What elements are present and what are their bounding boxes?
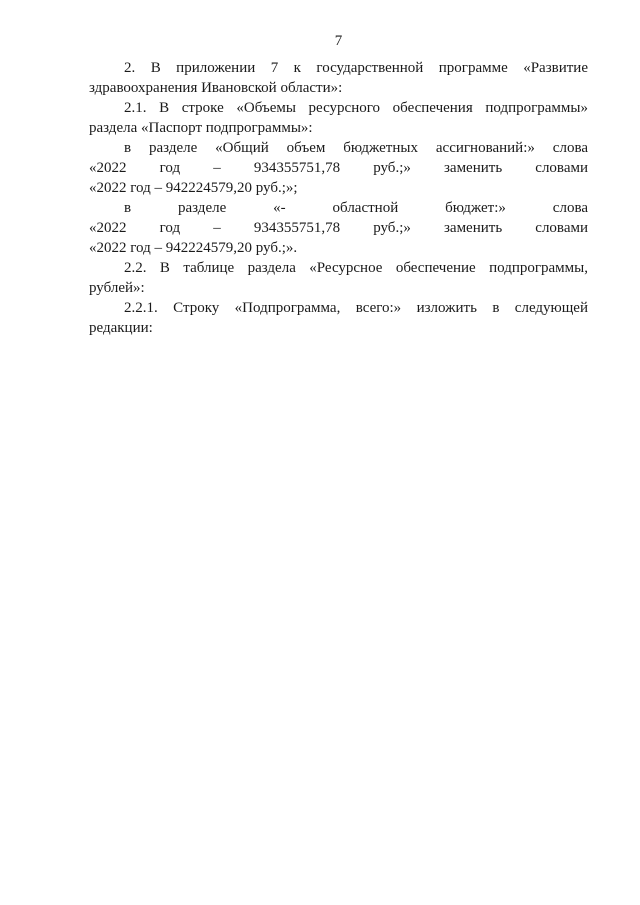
page-number: 7 (89, 31, 588, 51)
text-line: «2022 год – 934355751,78 руб.;» заменить… (89, 218, 588, 238)
text-line: 2.2. В таблице раздела «Ресурсное обеспе… (89, 258, 588, 278)
text-line: 2. В приложении 7 к государственной прог… (89, 58, 588, 78)
text-line: раздела «Паспорт подпрограммы»: (89, 118, 588, 138)
text-line: рублей»: (89, 278, 588, 298)
document-page: 7 2. В приложении 7 к государственной пр… (0, 0, 640, 905)
text-line: 2.1. В строке «Объемы ресурсного обеспеч… (89, 98, 588, 118)
text-line: в разделе «Общий объем бюджетных ассигно… (89, 138, 588, 158)
text-line: редакции: (89, 318, 588, 338)
text-line: «2022 год – 942224579,20 руб.;»; (89, 178, 588, 198)
text-line: «2022 год – 942224579,20 руб.;». (89, 238, 588, 258)
document-body: 2. В приложении 7 к государственной прог… (89, 58, 588, 338)
text-line: 2.2.1. Строку «Подпрограмма, всего:» изл… (89, 298, 588, 318)
text-line: «2022 год – 934355751,78 руб.;» заменить… (89, 158, 588, 178)
text-line: в разделе «- областной бюджет:» слова (89, 198, 588, 218)
text-line: здравоохранения Ивановской области»: (89, 78, 588, 98)
